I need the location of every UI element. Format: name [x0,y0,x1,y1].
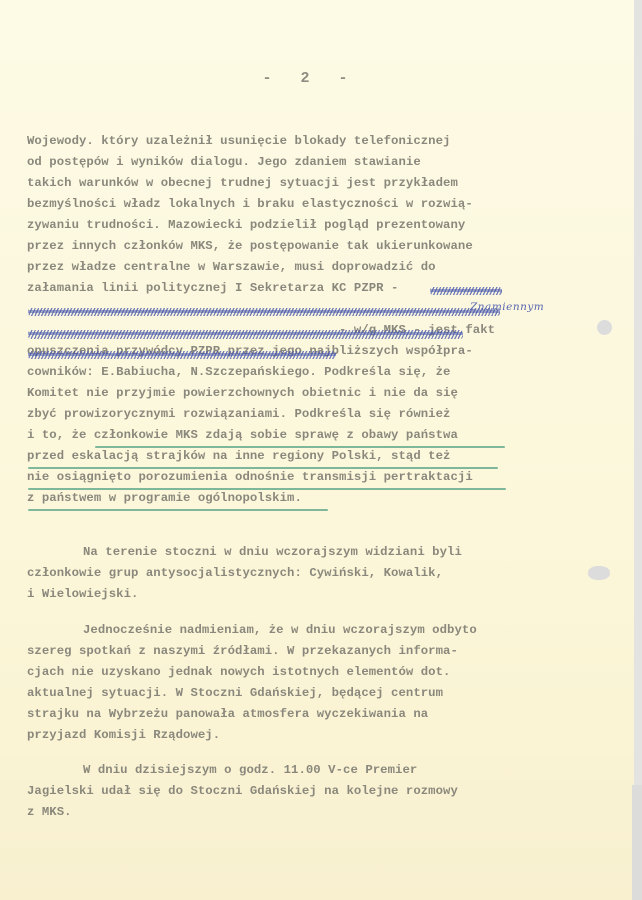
text-line: nie osiągnięto porozumienia odnośnie tra… [27,467,473,489]
text-line: cowników: E.Babiucha, N.Szczepańskiego. … [27,362,450,384]
text-line: Wojewody. który uzależnił usunięcie blok… [27,131,450,153]
text-line: takich warunków w obecnej trudnej sytuac… [27,173,458,195]
strikeout-scribble [28,351,336,359]
text-line: W dniu dzisiejszym o godz. 11.00 V-ce Pr… [27,760,417,782]
text-line: zywaniu trudności. Mazowiecki podzielił … [27,215,465,237]
green-underline [28,509,328,511]
text-line: zbyć prowizorycznymi rozwiązaniami. Podk… [27,404,450,426]
text-line: aktualnej sytuacji. W Stoczni Gdańskiej,… [27,683,443,705]
green-underline [95,446,505,448]
text-line: członkowie grup antysocjalistycznych: Cy… [27,563,443,585]
green-underline [28,488,506,490]
strikeout-scribble [430,287,502,295]
text-line: z MKS. [27,802,72,824]
text-line: przyjazd Komisji Rządowej. [27,725,220,747]
text-line: bezmyślności władz lokalnych i braku ela… [27,194,473,216]
text-line: przez władze centralne w Warszawie, musi… [27,257,436,279]
text-line: Jednocześnie nadmieniam, że w dniu wczor… [27,620,477,642]
punch-hole-bottom [588,566,610,580]
text-line: i Wielowiejski. [27,584,138,606]
text-line: cjach nie uzyskano jednak nowych istotny… [27,662,450,684]
text-line: strajku na Wybrzeżu panowała atmosfera w… [27,704,428,726]
scan-edge-lower [632,785,642,900]
handwritten-annotation: Znamiennym [470,301,544,313]
strikeout-scribble [28,330,463,339]
text-line: z państwem w programie ogólnopolskim. [27,488,302,510]
text-line: Komitet nie przyjmie powierzchownych obi… [27,383,458,405]
text-line: przez innych członków MKS, że postępowan… [27,236,473,258]
green-underline [28,467,498,469]
punch-hole-top [597,320,612,335]
page-number: - 2 - [0,70,620,87]
text-line: od postępów i wyników dialogu. Jego zdan… [27,152,421,174]
text-line: Na terenie stoczni w dniu wczorajszym wi… [27,542,462,564]
text-line: przed eskalacją strajków na inne regiony… [27,446,450,468]
text-line: załamania linii politycznej I Sekretarza… [27,278,406,300]
scan-edge [634,0,642,900]
text-line: Jagielski udał się do Stoczni Gdańskiej … [27,781,458,803]
text-line: i to, że członkowie MKS zdają sobie spra… [27,425,458,447]
text-line: szereg spotkań z naszymi źródłami. W prz… [27,641,458,663]
strikeout-scribble [28,308,500,316]
